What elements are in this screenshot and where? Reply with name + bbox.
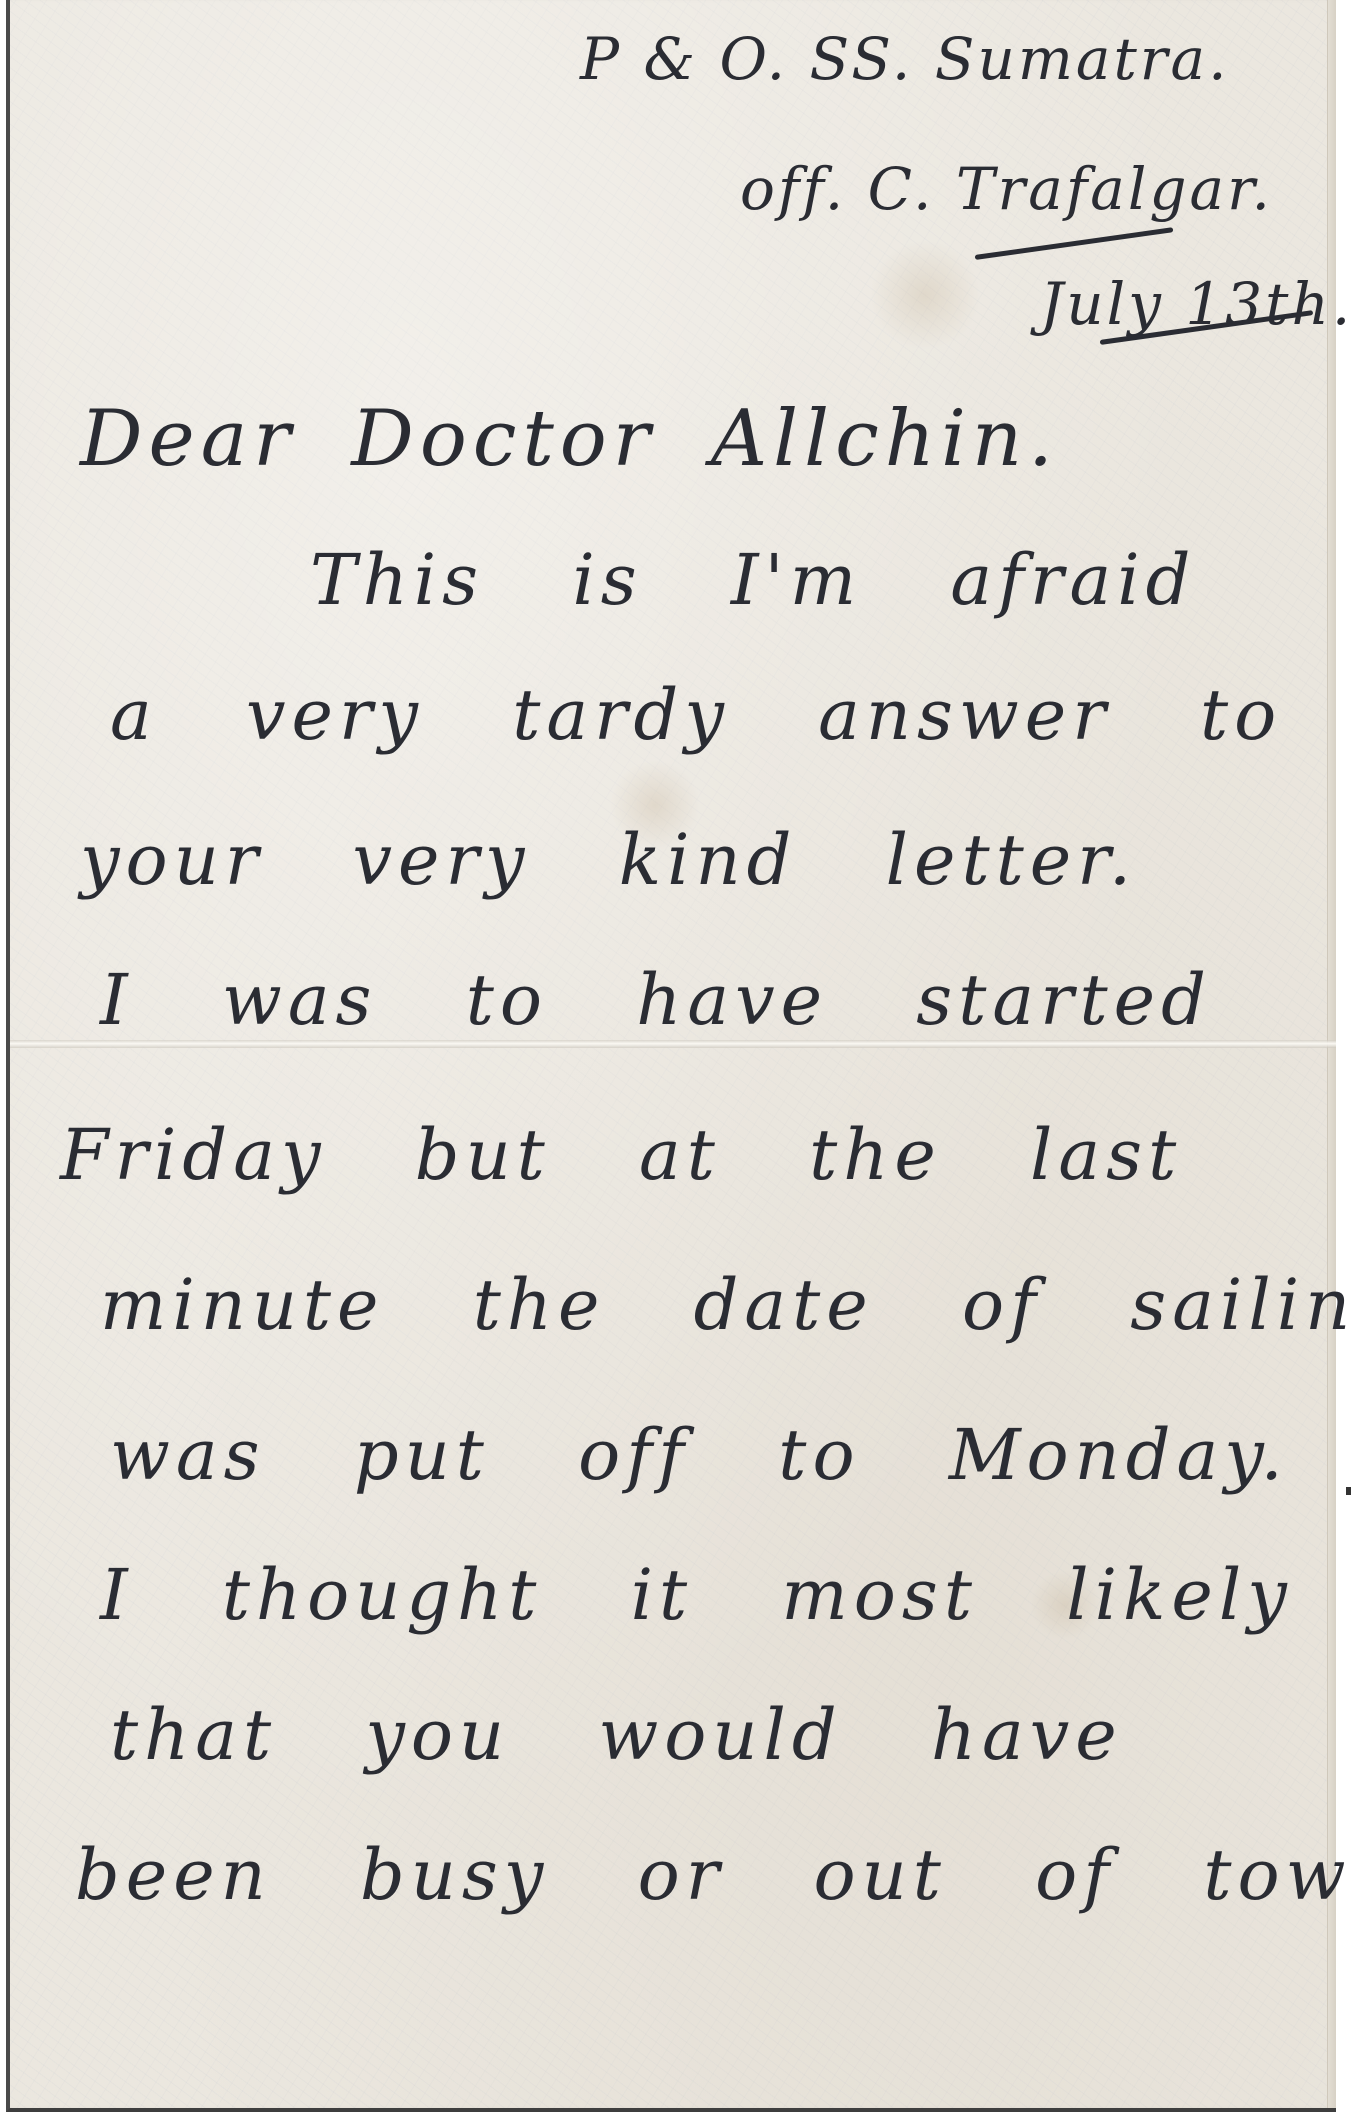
header-ship: P & O. SS. Sumatra. [580, 30, 1230, 88]
body-line: Friday but at the last [60, 1120, 1182, 1190]
body-line: been busy or out of town [75, 1840, 1351, 1910]
fold-crease [10, 1040, 1336, 1048]
header-date: July 13th. [1040, 275, 1351, 333]
body-line: a very tardy answer to [110, 680, 1282, 750]
salutation: Dear Doctor Allchin. [80, 400, 1059, 478]
body-line: was put off to Monday. [110, 1420, 1289, 1490]
body-line: This is I'm afraid [310, 545, 1196, 615]
body-line: I was to have started [100, 965, 1212, 1035]
body-line: that you would have [110, 1700, 1123, 1770]
letter-page: P & O. SS. Sumatra. off. C. Trafalgar. J… [6, 0, 1336, 2112]
edge-mark [1346, 1487, 1351, 1495]
header-underline [975, 227, 1174, 260]
body-line: your very kind letter. [80, 825, 1137, 895]
header-location: off. C. Trafalgar. [740, 160, 1273, 218]
body-line: minute the date of sailing [100, 1270, 1351, 1340]
paper-stain [870, 240, 980, 350]
body-line: I thought it most likely [100, 1560, 1293, 1630]
